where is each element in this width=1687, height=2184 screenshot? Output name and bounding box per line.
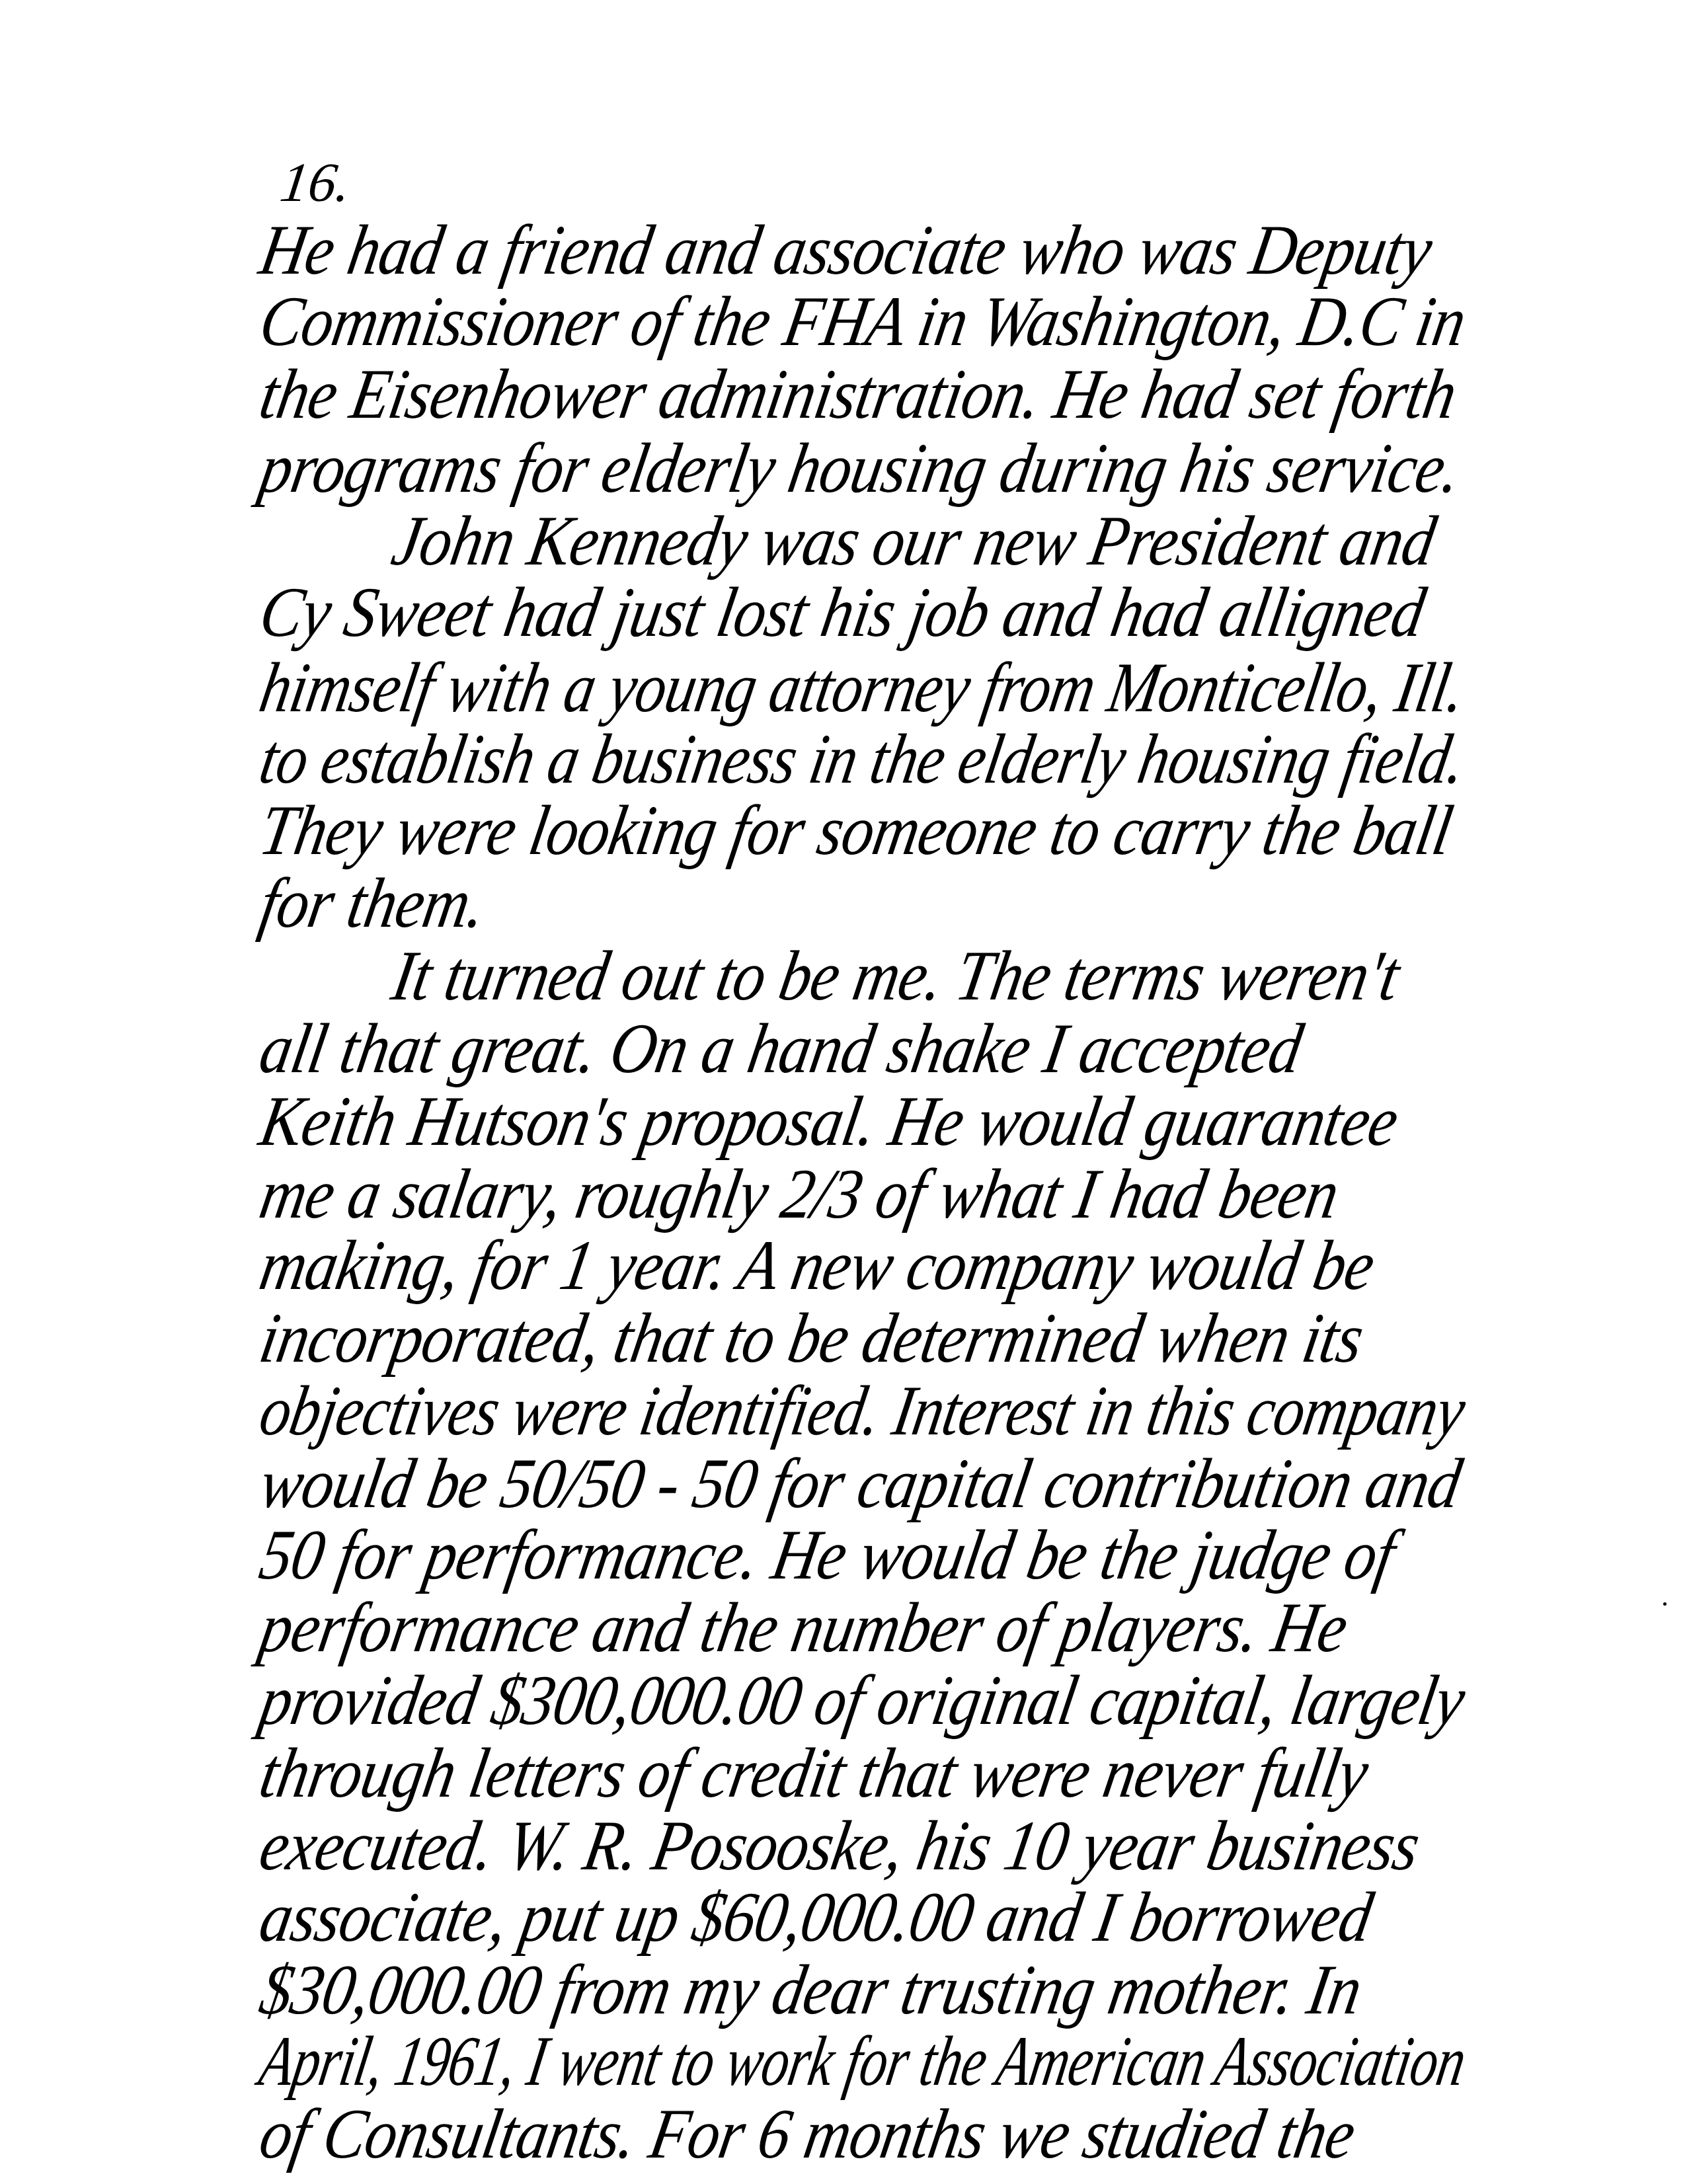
text-line: associate, put up $60,000.00 and I borro… (255, 1881, 1378, 1953)
text-line: performance and the number of players. H… (255, 1592, 1353, 1663)
text-line: Keith Hutson's proposal. He would guaran… (255, 1085, 1403, 1157)
text-line: me a salary, roughly 2/3 of what I had b… (255, 1158, 1344, 1229)
text-line: objectives were identified. Interest in … (255, 1375, 1470, 1446)
text-line: to establish a business in the elderly h… (255, 723, 1470, 795)
text-line: himself with a young attorney from Monti… (255, 652, 1470, 723)
text-line: 50 for performance. He would be the judg… (255, 1519, 1400, 1590)
text-line: He had a friend and associate who was De… (255, 214, 1437, 286)
scan-speck (1663, 1602, 1667, 1606)
text-line: executed. W. R. Posooske, his 10 year bu… (255, 1810, 1425, 1881)
text-line: $30,000.00 from my dear trusting mother.… (255, 1954, 1367, 2025)
text-line: Commissioner of the FHA in Washington, D… (255, 286, 1471, 357)
text-line: incorporated, that to be determined when… (255, 1302, 1368, 1374)
text-line: programs for elderly housing during his … (255, 432, 1466, 504)
text-line: of Consultants. For 6 months we studied … (255, 2098, 1360, 2169)
text-line: through letters of credit that were neve… (255, 1737, 1374, 1809)
manuscript-page: 16. He had a friend and associate who wa… (0, 0, 1687, 2184)
text-line: all that great. On a hand shake I accept… (255, 1013, 1308, 1084)
text-line: John Kennedy was our new President and (387, 505, 1440, 576)
text-line: It turned out to be me. The terms weren'… (387, 940, 1405, 1011)
text-line: for them. (255, 867, 491, 939)
text-line: April, 1961, I went to work for the Amer… (255, 2025, 1471, 2097)
text-line: Cy Sweet had just lost his job and had a… (255, 576, 1430, 648)
page-number: 16. (276, 151, 355, 215)
text-line: They were looking for someone to carry t… (255, 795, 1458, 866)
text-line: the Eisenhower administration. He had se… (255, 358, 1462, 430)
text-line: would be 50/50 - 50 for capital contribu… (255, 1448, 1466, 1519)
text-line: provided $300,000.00 of original capital… (255, 1664, 1470, 1736)
text-line: making, for 1 year. A new company would … (255, 1229, 1380, 1301)
